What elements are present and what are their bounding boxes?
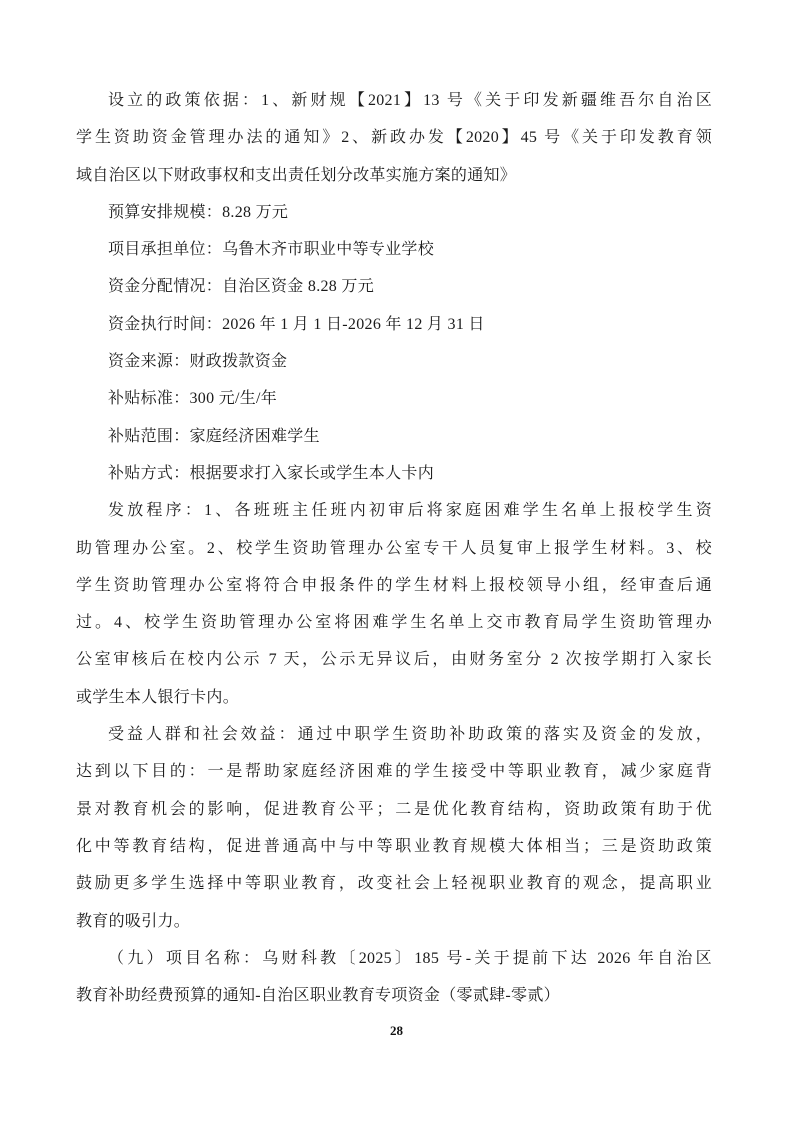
text-line: 过。4、校学生资助管理办公室将困难学生名单上交市教育局学生资助管理办 xyxy=(76,604,712,641)
text-line: 项目承担单位：乌鲁木齐市职业中等专业学校 xyxy=(76,231,712,268)
text-line: 补贴范围：家庭经济困难学生 xyxy=(76,418,712,455)
paragraph-fund-allocation: 资金分配情况：自治区资金 8.28 万元 xyxy=(76,268,712,305)
text-line: 教育的吸引力。 xyxy=(76,903,712,940)
text-line: 补贴方式：根据要求打入家长或学生本人卡内 xyxy=(76,455,712,492)
text-line: 补贴标准：300 元/生/年 xyxy=(76,380,712,417)
text-line: （九）项目名称：乌财科教〔2025〕185 号-关于提前下达 2026 年自治区 xyxy=(76,940,712,977)
paragraph-fund-source: 资金来源：财政拨款资金 xyxy=(76,343,712,380)
text-line: 鼓励更多学生选择中等职业教育，改变社会上轻视职业教育的观念，提高职业 xyxy=(76,865,712,902)
paragraph-undertaking-unit: 项目承担单位：乌鲁木齐市职业中等专业学校 xyxy=(76,231,712,268)
text-line: 受益人群和社会效益：通过中职学生资助补助政策的落实及资金的发放， xyxy=(76,716,712,753)
document-page: 设立的政策依据：1、新财规【2021】13 号《关于印发新疆维吾尔自治区学生资助… xyxy=(0,0,793,1122)
text-line: 化中等教育结构，促进普通高中与中等职业教育规模大体相当；三是资助政策 xyxy=(76,828,712,865)
text-line: 公室审核后在校内公示 7 天，公示无异议后，由财务室分 2 次按学期打入家长 xyxy=(76,641,712,678)
paragraph-policy-basis: 设立的政策依据：1、新财规【2021】13 号《关于印发新疆维吾尔自治区学生资助… xyxy=(76,82,712,194)
text-line: 发放程序：1、各班班主任班内初审后将家庭困难学生名单上报校学生资 xyxy=(76,492,712,529)
text-line: 助管理办公室。2、校学生资助管理办公室专干人员复审上报学生材料。3、校 xyxy=(76,530,712,567)
text-line: 达到以下目的：一是帮助家庭经济困难的学生接受中等职业教育，减少家庭背 xyxy=(76,753,712,790)
page-number: 28 xyxy=(0,1022,793,1039)
paragraph-execution-period: 资金执行时间：2026 年 1 月 1 日-2026 年 12 月 31 日 xyxy=(76,306,712,343)
text-line: 设立的政策依据：1、新财规【2021】13 号《关于印发新疆维吾尔自治区 xyxy=(76,82,712,119)
text-line: 学生资助资金管理办法的通知》2、新政办发【2020】45 号《关于印发教育领 xyxy=(76,119,712,156)
paragraph-budget-scale: 预算安排规模：8.28 万元 xyxy=(76,194,712,231)
text-line: 资金执行时间：2026 年 1 月 1 日-2026 年 12 月 31 日 xyxy=(76,306,712,343)
paragraph-project-name-9: （九）项目名称：乌财科教〔2025〕185 号-关于提前下达 2026 年自治区… xyxy=(76,940,712,1015)
text-line: 景对教育机会的影响，促进教育公平；二是优化教育结构，资助政策有助于优 xyxy=(76,791,712,828)
text-line: 域自治区以下财政事权和支出责任划分改革实施方案的通知》 xyxy=(76,157,712,194)
text-line: 资金分配情况：自治区资金 8.28 万元 xyxy=(76,268,712,305)
text-line: 学生资助管理办公室将符合申报条件的学生材料上报校领导小组，经审查后通 xyxy=(76,567,712,604)
paragraph-subsidy-standard: 补贴标准：300 元/生/年 xyxy=(76,380,712,417)
text-line: 教育补助经费预算的通知-自治区职业教育专项资金（零贰肆-零贰） xyxy=(76,977,712,1014)
text-line: 预算安排规模：8.28 万元 xyxy=(76,194,712,231)
document-body: 设立的政策依据：1、新财规【2021】13 号《关于印发新疆维吾尔自治区学生资助… xyxy=(76,82,712,1014)
text-line: 或学生本人银行卡内。 xyxy=(76,679,712,716)
text-line: 资金来源：财政拨款资金 xyxy=(76,343,712,380)
paragraph-subsidy-scope: 补贴范围：家庭经济困难学生 xyxy=(76,418,712,455)
paragraph-distribution-procedure: 发放程序：1、各班班主任班内初审后将家庭困难学生名单上报校学生资助管理办公室。2… xyxy=(76,492,712,716)
paragraph-subsidy-method: 补贴方式：根据要求打入家长或学生本人卡内 xyxy=(76,455,712,492)
paragraph-beneficiaries-and-benefits: 受益人群和社会效益：通过中职学生资助补助政策的落实及资金的发放，达到以下目的：一… xyxy=(76,716,712,940)
